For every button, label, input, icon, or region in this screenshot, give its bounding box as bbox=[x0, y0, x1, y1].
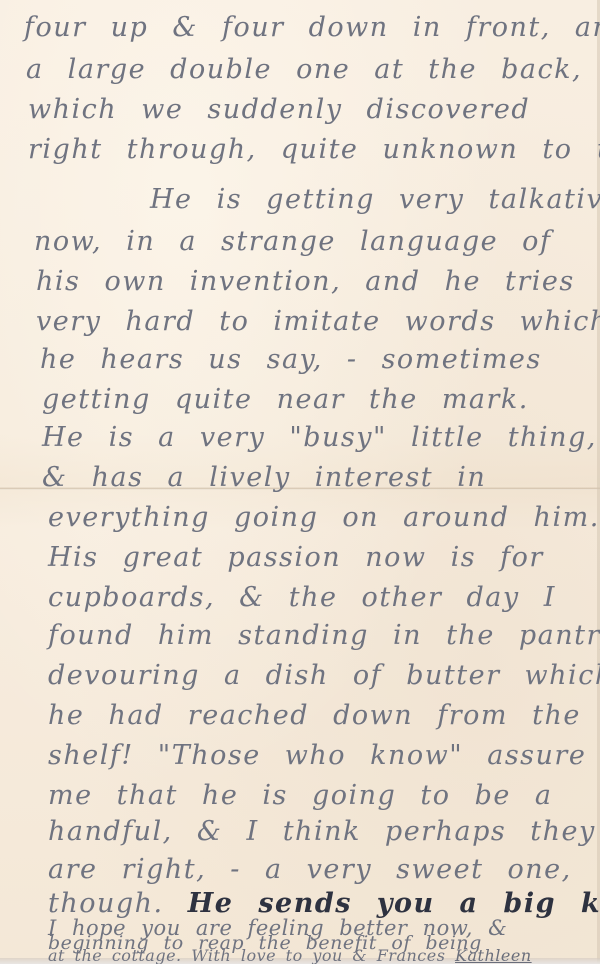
letter-line: now, in a strange language of bbox=[34, 228, 551, 255]
letter-line: right through, quite unknown to us. bbox=[28, 136, 600, 163]
letter-line: devouring a dish of butter which bbox=[48, 662, 600, 689]
letter-line: which we suddenly discovered bbox=[28, 96, 530, 123]
letter-line: He is getting very talkative bbox=[150, 186, 600, 213]
letter-line: he had reached down from the bbox=[48, 702, 581, 729]
letter-line: though. He sends you a big kiss. bbox=[48, 890, 600, 917]
letter-line: His great passion now is for bbox=[48, 544, 544, 571]
letter-emphasis: He sends you a big kiss. bbox=[188, 888, 600, 919]
letter-page: four up & four down in front, and a larg… bbox=[0, 0, 600, 964]
letter-line: his own invention, and he tries bbox=[36, 268, 575, 295]
letter-line: at the cottage. With love to you & Franc… bbox=[48, 948, 532, 964]
letter-line: are right, - a very sweet one, bbox=[48, 856, 572, 883]
letter-line: found him standing in the pantry bbox=[48, 622, 600, 649]
letter-line: handful, & I think perhaps they bbox=[48, 818, 596, 845]
letter-line: everything going on around him. bbox=[48, 504, 600, 531]
letter-line: a large double one at the back, bbox=[26, 56, 582, 83]
letter-text: though. bbox=[48, 888, 164, 919]
letter-line: he hears us say, - sometimes bbox=[40, 346, 542, 373]
letter-line: four up & four down in front, and bbox=[24, 14, 600, 41]
signature: Kathleen bbox=[455, 946, 532, 964]
letter-line: me that he is going to be a bbox=[48, 782, 553, 809]
letter-line: getting quite near the mark. bbox=[42, 386, 529, 413]
letter-line: cupboards, & the other day I bbox=[48, 584, 556, 611]
letter-text: at the cottage. With love to you & Franc… bbox=[48, 946, 445, 964]
letter-line: shelf! "Those who know" assure bbox=[48, 742, 586, 769]
letter-line: very hard to imitate words which bbox=[36, 308, 600, 335]
letter-line: He is a very "busy" little thing, bbox=[42, 424, 597, 451]
letter-line: & has a lively interest in bbox=[42, 464, 486, 491]
